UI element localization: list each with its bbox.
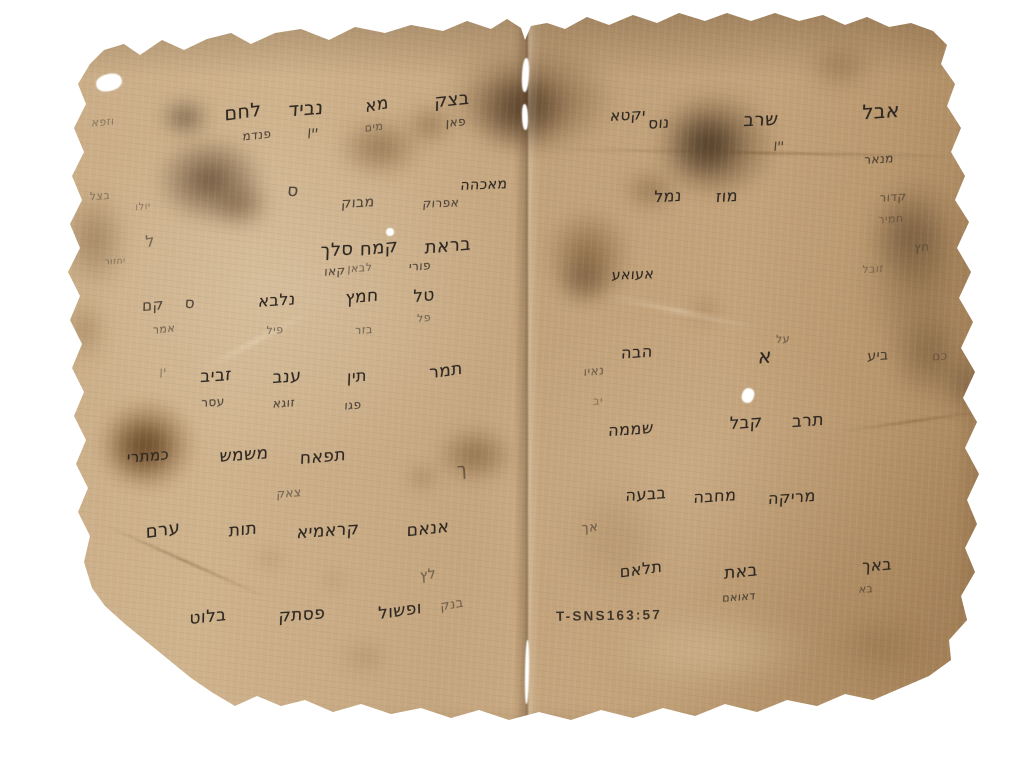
inscription-word: ביע	[867, 347, 889, 365]
faded-inscription: בצל	[89, 189, 110, 204]
inscription-word: תות	[229, 518, 258, 541]
edge-gouge	[56, 294, 68, 320]
inscription-word: שממה	[608, 418, 654, 440]
torn-edge-shading	[0, 0, 48, 768]
faded-inscription: וזפא	[91, 114, 114, 129]
inscription-word: תין	[347, 366, 368, 387]
inscription-word: סלך	[320, 238, 354, 261]
faded-inscription: יולו	[135, 201, 150, 214]
inscription-word: מא	[365, 93, 390, 117]
inscription-word: אבל	[862, 98, 901, 125]
inscription-word: יקטא	[610, 105, 647, 125]
inscription-word: טל	[413, 285, 435, 307]
faded-inscription: קדור	[879, 189, 907, 205]
inscription-word: קמח	[360, 235, 398, 260]
inscription-word: בראת	[425, 233, 472, 258]
inscription-word: מריקה	[768, 486, 817, 508]
inscription-word: נוס	[648, 113, 671, 132]
inscription-word: הבה	[621, 341, 654, 362]
inscription-word: נמל	[653, 186, 682, 207]
faded-inscription: חץ	[914, 239, 930, 254]
shelfmark-label: T-SNS163:57	[556, 607, 662, 624]
faded-inscription: ך	[456, 459, 467, 482]
inscription-word: שרב	[743, 109, 780, 131]
inscription-word: תרב	[791, 410, 824, 432]
gloss-word: פגו	[344, 397, 362, 412]
gloss-word: לבאן	[347, 261, 373, 276]
inscription-word: מחבה	[693, 485, 737, 507]
inscription-word: פסתק	[278, 603, 326, 626]
gloss-word: מנאר	[864, 151, 894, 167]
inscription-word: מאכהה	[460, 176, 508, 194]
faded-inscription: על	[776, 332, 791, 346]
inscription-word: בצק	[434, 88, 470, 113]
faded-inscription: זובל	[862, 262, 884, 276]
inscription-word: אעואע	[611, 266, 655, 284]
inscription-word: א	[758, 343, 773, 368]
inscription-word: כמתרי	[127, 445, 170, 467]
inscription-word: מוז	[715, 186, 739, 206]
faded-inscription: יב	[593, 394, 604, 408]
gloss-word: בא	[858, 582, 873, 596]
gloss-word: בזר	[355, 323, 374, 337]
inscription-word: קם	[142, 295, 164, 315]
faded-inscription: ין	[159, 364, 167, 379]
inscription-word: ס	[184, 294, 196, 312]
faded-inscription: חמיר	[878, 212, 904, 227]
faded-inscription: אך	[582, 519, 599, 536]
inscription-word: נביד	[288, 97, 324, 122]
inscription-word: חמץ	[345, 285, 379, 308]
gloss-word: פורי	[409, 258, 432, 274]
inscription-word: נלבא	[258, 289, 296, 311]
gloss-word: קאו	[324, 263, 346, 279]
gloss-word: נאיו	[584, 363, 605, 379]
gloss-word: יין	[307, 124, 319, 140]
inscription-word: ענב	[272, 366, 302, 388]
gloss-word: מים	[365, 119, 384, 135]
faded-inscription: ל	[145, 231, 155, 252]
inscription-word: באת	[724, 560, 758, 584]
gloss-word: פיל	[266, 323, 284, 337]
inscription-word: בלוט	[189, 605, 226, 629]
inscription-word: משמש	[219, 443, 269, 467]
gloss-word: דאואם	[722, 589, 756, 604]
gloss-word: יין	[773, 137, 784, 151]
faded-inscription: יחזור	[104, 256, 126, 267]
inscription-word: ס	[286, 181, 300, 201]
inscription-word: זביב	[200, 365, 232, 387]
faded-inscription: וכא	[967, 114, 986, 128]
worm-hole	[99, 685, 112, 694]
faded-inscription: לץ	[419, 566, 436, 585]
worm-hole	[386, 228, 394, 236]
faded-inscription: צאק	[276, 485, 302, 501]
inscription-word: בבעה	[625, 483, 667, 505]
gloss-word: פאן	[446, 114, 467, 130]
gloss-word: זוגא	[272, 395, 295, 411]
inscription-word: באך	[862, 554, 893, 575]
gloss-word: אפרוק	[422, 195, 460, 210]
inscription-word: קבל	[729, 412, 763, 434]
gloss-word: פל	[417, 311, 432, 325]
manuscript-photo: וזפא לחם פנדמ נביד יין מא מים בצק פאן בצ…	[0, 0, 1024, 768]
parchment-sheet: וזפא לחם פנדמ נביד יין מא מים בצק פאן בצ…	[0, 0, 1024, 768]
inscription-word: תפאח	[300, 445, 347, 469]
gloss-word: עסר	[201, 394, 225, 410]
gloss-word: אמר	[153, 321, 176, 336]
inscription-word: מבוק	[341, 194, 375, 212]
faded-inscription: כם	[932, 348, 948, 363]
